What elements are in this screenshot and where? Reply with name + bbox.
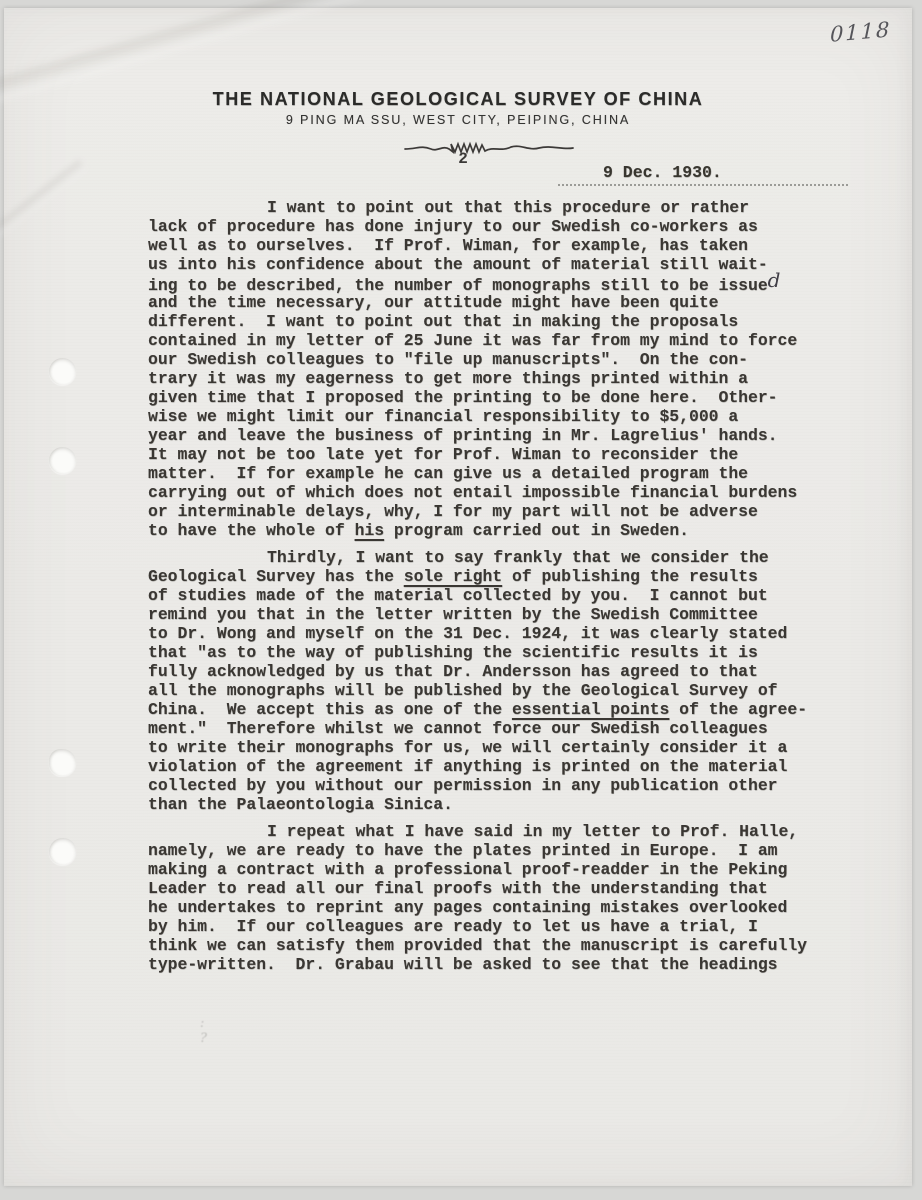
text-segment: think we can satisfy them provided that … [148, 936, 807, 955]
typewritten-line: fully acknowledged by us that Dr. Anders… [148, 662, 848, 681]
text-segment: to Dr. Wong and myself on the 31 Dec. 19… [148, 624, 787, 643]
typewritten-line: China. We accept this as one of the esse… [148, 700, 848, 719]
text-segment: well as to ourselves. If Prof. Wiman, fo… [148, 236, 748, 255]
typewritten-line: matter. If for example he can give us a … [148, 464, 848, 483]
text-segment: namely, we are ready to have the plates … [148, 841, 778, 860]
typewritten-line: well as to ourselves. If Prof. Wiman, fo… [148, 236, 848, 255]
typewritten-line: and the time necessary, our attitude mig… [148, 293, 848, 312]
text-segment: different. I want to point out that in m… [148, 312, 738, 331]
paragraph: Thirdly, I want to say frankly that we c… [148, 548, 848, 814]
text-segment: Leader to read all our final proofs with… [148, 879, 768, 898]
typewritten-line: he undertakes to reprint any pages conta… [148, 898, 848, 917]
text-segment: he undertakes to reprint any pages conta… [148, 898, 787, 917]
text-segment: by him. If our colleagues are ready to l… [148, 917, 758, 936]
scan-background: { "annotation": { "corner_number": "0118… [0, 0, 922, 1200]
typewritten-line: ment." Therefore whilst we cannot force … [148, 719, 848, 738]
text-segment: Geological Survey has the [148, 567, 404, 586]
typewritten-line: Leader to read all our final proofs with… [148, 879, 848, 898]
typewritten-line: by him. If our colleagues are ready to l… [148, 917, 848, 936]
typewritten-line: to write their monographs for us, we wil… [148, 738, 848, 757]
letter-page: 0118 THE NATIONAL GEOLOGICAL SURVEY OF C… [4, 8, 912, 1186]
typewritten-line: think we can satisfy them provided that … [148, 936, 848, 955]
paper-crease [0, 160, 86, 237]
date-line: 9 Dec. 1930. [558, 158, 848, 186]
text-segment: given time that I proposed the printing … [148, 388, 778, 407]
typewritten-line: contained in my letter of 25 June it was… [148, 331, 848, 350]
typewritten-line: Thirdly, I want to say frankly that we c… [148, 548, 848, 567]
punch-hole [49, 838, 76, 865]
text-segment: I want to point out that this procedure … [267, 198, 749, 217]
pencil-smudge: : ? [200, 1016, 210, 1050]
typewritten-line: It may not be too late yet for Prof. Wim… [148, 445, 848, 464]
text-segment: than the Palaeontologia Sinica. [148, 795, 453, 814]
typewritten-line: trary it was my eagerness to get more th… [148, 369, 848, 388]
text-segment: type-written. Dr. Grabau will be asked t… [148, 955, 778, 974]
typewritten-line: wise we might limit our financial respon… [148, 407, 848, 426]
underlined-phrase: essential points [512, 700, 669, 719]
text-segment: us into his confidence about the amount … [148, 255, 768, 274]
typewritten-line: us into his confidence about the amount … [148, 255, 848, 274]
text-segment: fully acknowledged by us that Dr. Anders… [148, 662, 758, 681]
text-segment: and the time necessary, our attitude mig… [148, 293, 719, 312]
handwritten-correction: d [768, 268, 781, 292]
text-segment: remind you that in the letter written by… [148, 605, 758, 624]
punch-hole [49, 447, 76, 474]
text-segment: contained in my letter of 25 June it was… [148, 331, 797, 350]
typewritten-line: all the monographs will be published by … [148, 681, 848, 700]
text-segment: of studies made of the material collecte… [148, 586, 768, 605]
text-segment: to write their monographs for us, we wil… [148, 738, 787, 757]
letter-body: I want to point out that this procedure … [148, 198, 848, 982]
text-segment: lack of procedure has done injury to our… [148, 217, 758, 236]
typewritten-line: than the Palaeontologia Sinica. [148, 795, 848, 814]
typewritten-line: or interminable delays, why, I for my pa… [148, 502, 848, 521]
typewritten-line: violation of the agreement if anything i… [148, 757, 848, 776]
text-segment: ment." Therefore whilst we cannot force … [148, 719, 768, 738]
typewritten-line: I want to point out that this procedure … [148, 198, 848, 217]
text-segment: collected by you without our permission … [148, 776, 778, 795]
typewritten-line: namely, we are ready to have the plates … [148, 841, 848, 860]
text-segment: to have the whole of [148, 521, 355, 540]
text-segment: matter. If for example he can give us a … [148, 464, 748, 483]
text-segment: year and leave the business of printing … [148, 426, 778, 445]
typewritten-line: I repeat what I have said in my letter t… [148, 822, 848, 841]
underlined-phrase: his [355, 521, 385, 540]
typewritten-line: making a contract with a professional pr… [148, 860, 848, 879]
text-segment: carrying out of which does not entail im… [148, 483, 797, 502]
typewritten-line: remind you that in the letter written by… [148, 605, 848, 624]
typewritten-line: ing to be described, the number of monog… [148, 274, 848, 293]
text-segment: all the monographs will be published by … [148, 681, 778, 700]
typewritten-line: that "as to the way of publishing the sc… [148, 643, 848, 662]
date-value: 9 Dec. 1930. [603, 163, 722, 182]
text-segment: our Swedish colleagues to "file up manus… [148, 350, 748, 369]
typewritten-line: type-written. Dr. Grabau will be asked t… [148, 955, 848, 974]
typewritten-line: different. I want to point out that in m… [148, 312, 848, 331]
typewritten-line: given time that I proposed the printing … [148, 388, 848, 407]
typewritten-line: Geological Survey has the sole right of … [148, 567, 848, 586]
punch-hole [49, 358, 76, 385]
text-segment: I repeat what I have said in my letter t… [267, 822, 798, 841]
text-segment: program carried out in Sweden. [384, 521, 689, 540]
paragraph: I repeat what I have said in my letter t… [148, 822, 848, 974]
text-segment: Thirdly, I want to say frankly that we c… [267, 548, 769, 567]
typewritten-line: carrying out of which does not entail im… [148, 483, 848, 502]
text-segment: that "as to the way of publishing the sc… [148, 643, 758, 662]
typewritten-line: year and leave the business of printing … [148, 426, 848, 445]
text-segment: of the agree- [669, 700, 807, 719]
text-segment: or interminable delays, why, I for my pa… [148, 502, 758, 521]
letterhead-title: THE NATIONAL GEOLOGICAL SURVEY OF CHINA [4, 88, 912, 110]
punch-hole [49, 749, 76, 776]
text-segment: violation of the agreement if anything i… [148, 757, 787, 776]
paragraph: I want to point out that this procedure … [148, 198, 848, 540]
text-segment: trary it was my eagerness to get more th… [148, 369, 748, 388]
text-segment: making a contract with a professional pr… [148, 860, 787, 879]
text-segment: China. We accept this as one of the [148, 700, 512, 719]
typewritten-line: lack of procedure has done injury to our… [148, 217, 848, 236]
typewritten-line: to Dr. Wong and myself on the 31 Dec. 19… [148, 624, 848, 643]
text-segment: It may not be too late yet for Prof. Wim… [148, 445, 738, 464]
underlined-phrase: sole right [404, 567, 502, 586]
typewritten-line: of studies made of the material collecte… [148, 586, 848, 605]
letterhead-address: 9 PING MA SSU, WEST CITY, PEIPING, CHINA [4, 113, 912, 127]
typewritten-line: to have the whole of his program carried… [148, 521, 848, 540]
letterhead: THE NATIONAL GEOLOGICAL SURVEY OF CHINA … [4, 88, 912, 127]
typewritten-line: collected by you without our permission … [148, 776, 848, 795]
typewritten-line: our Swedish colleagues to "file up manus… [148, 350, 848, 369]
text-segment: wise we might limit our financial respon… [148, 407, 738, 426]
handwritten-catalog-number: 0118 [830, 17, 892, 46]
text-segment: of publishing the results [502, 567, 758, 586]
